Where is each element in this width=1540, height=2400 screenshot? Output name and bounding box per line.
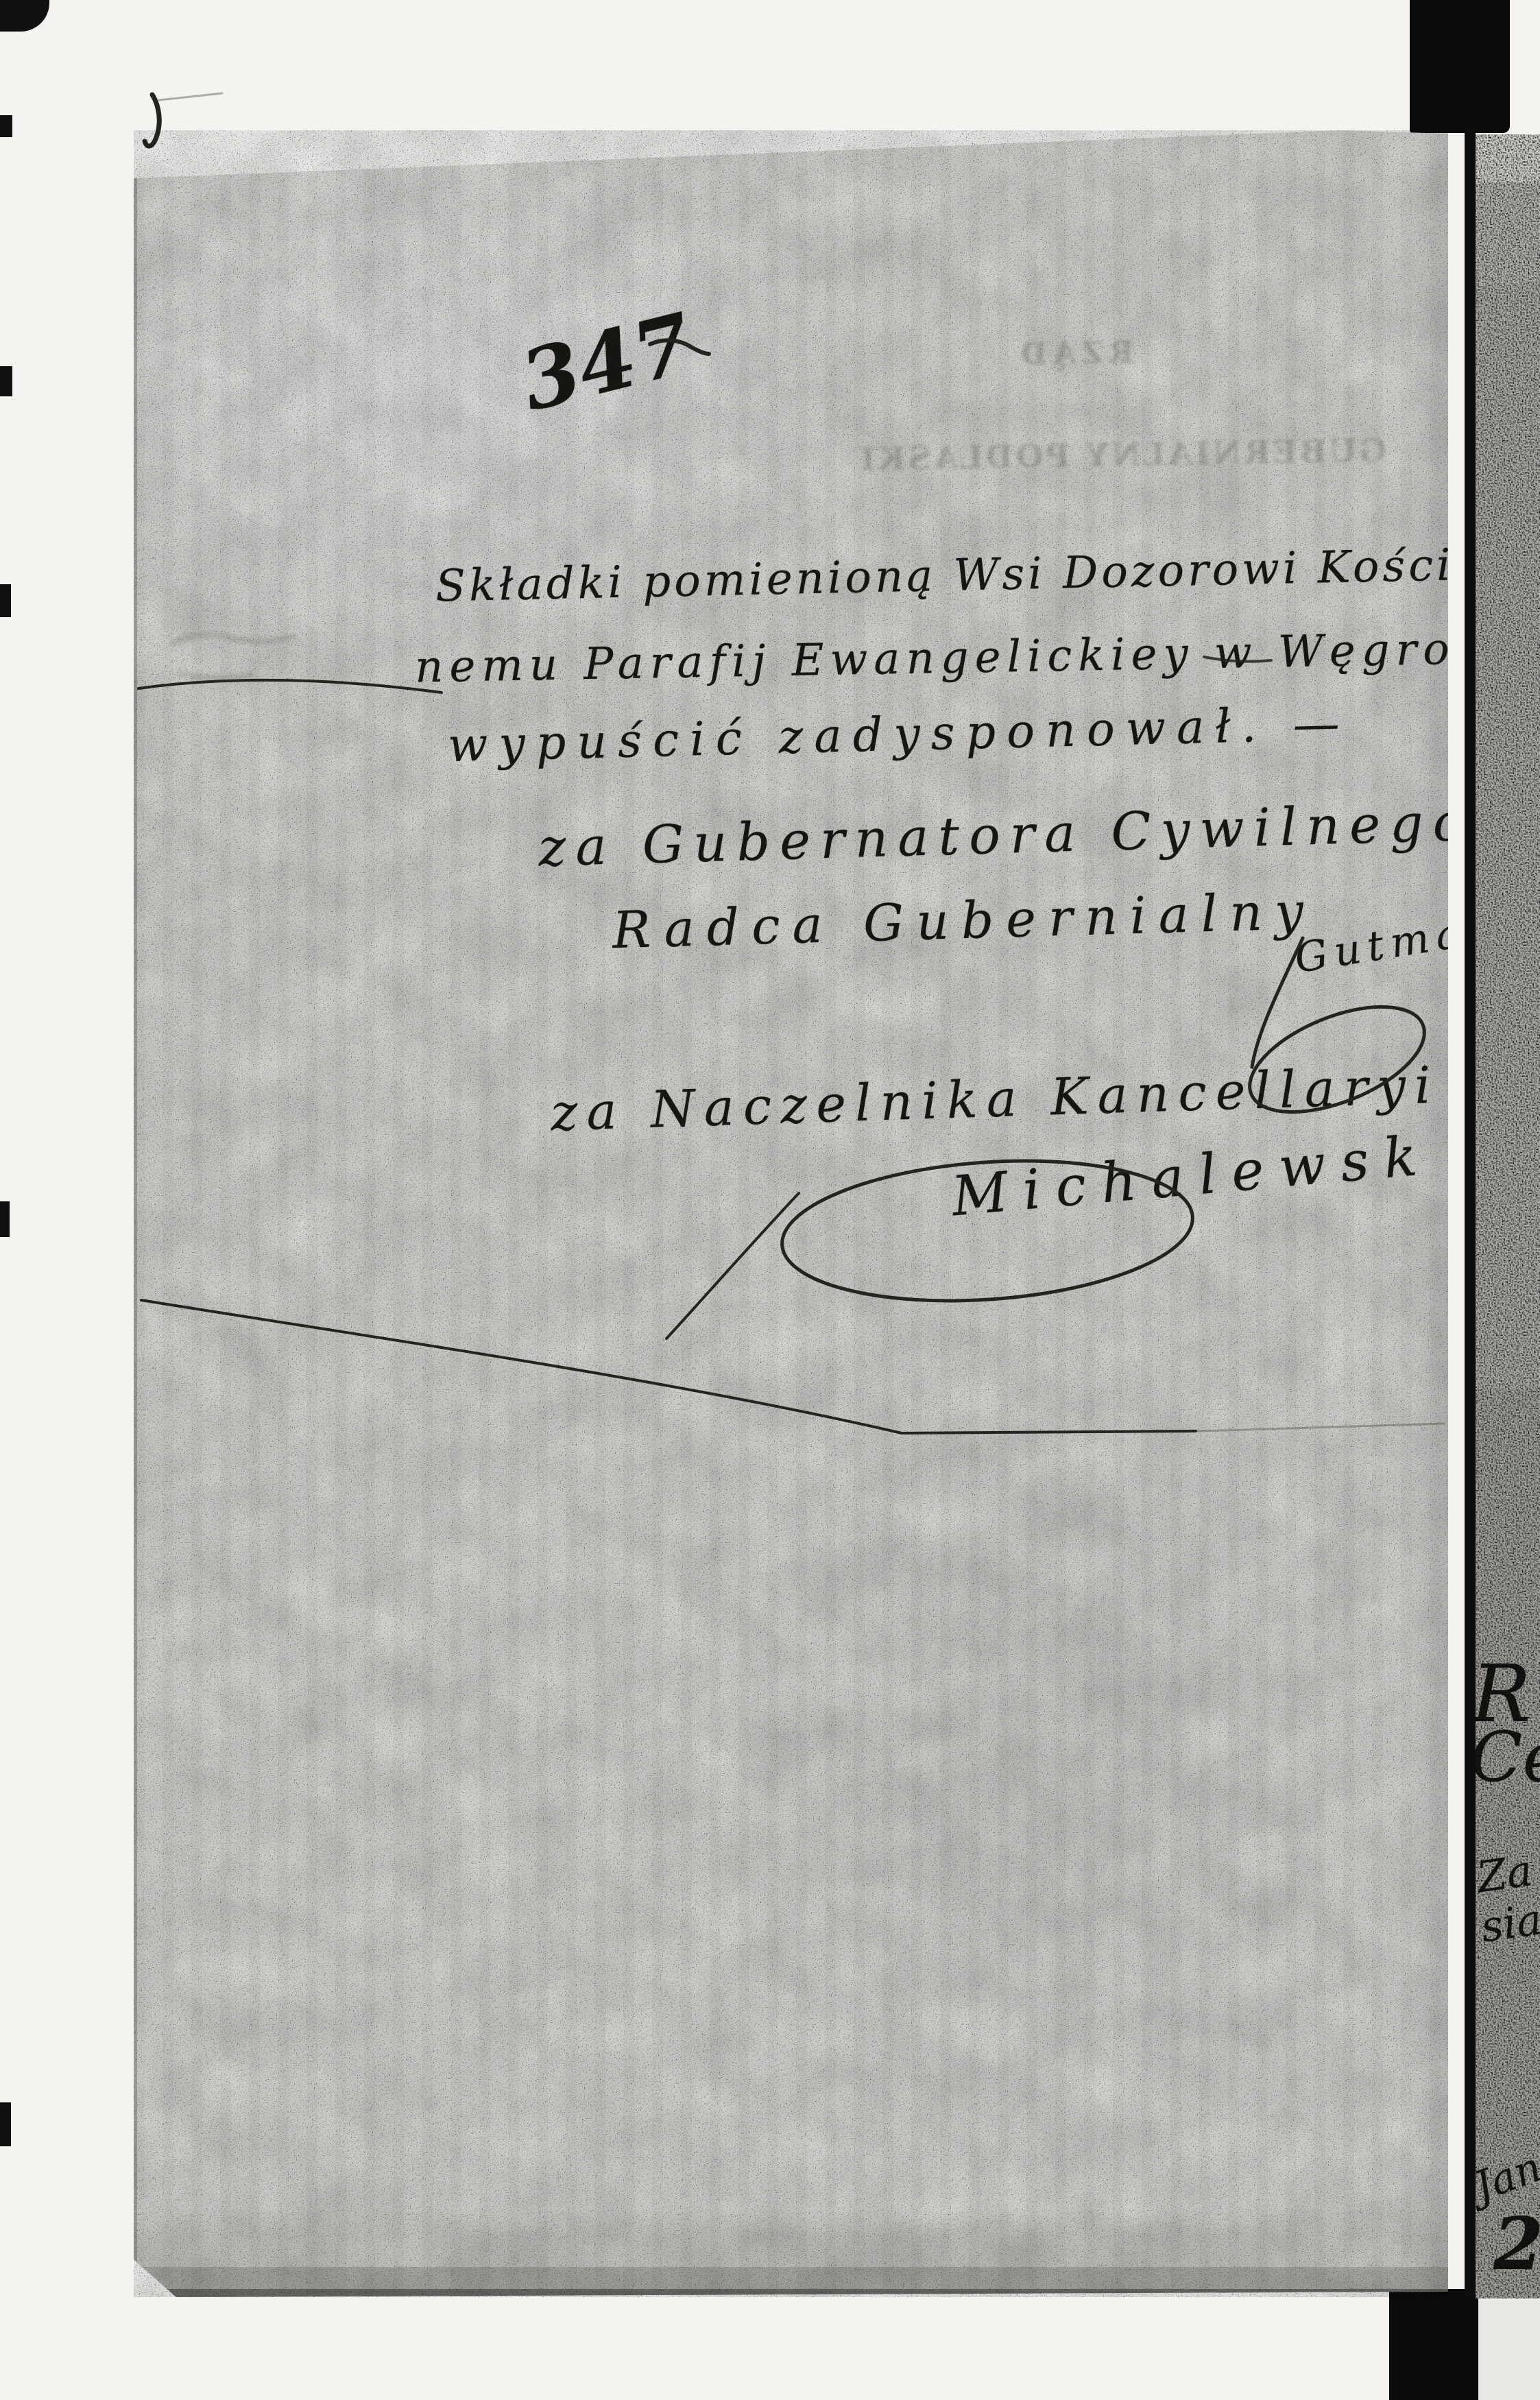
film-mark [0,115,12,137]
closing-councillor-title: Radca Gubernialny [612,882,1316,961]
scan-canvas: 347 RZĄD GUBERNIALNY PODLASKI Składki po… [0,0,1540,2400]
signature-chancellery: Michalewsk [949,1123,1434,1229]
closing-chancellery-line: za Naczelnika Kancellaryi [550,1056,1441,1143]
page-edge [134,130,137,2297]
adjacent-page-fragment: Ce [1476,1717,1540,1797]
body-line-2: nemu Parafij Ewangelickiey w Węgrowie [414,623,1540,693]
folio-number-annotation: 347 [512,295,702,430]
closing-governor-line: za Gubernatora Cywilnego! [538,790,1505,878]
corner-hook-mark [145,95,159,146]
binding-edge [1465,128,1476,2297]
page-bottom-edge [134,2208,1448,2297]
film-mark [0,366,12,396]
scan-backing-corner [1478,2300,1540,2400]
film-mark [0,2102,11,2146]
letterhead-bleedthrough-line2: GUBERNIALNY PODLASKI [858,431,1387,477]
adjacent-page-strip: R Ce Za n sia Jan 2 [1476,134,1540,2299]
adjacent-page-number: 2 [1493,2201,1540,2286]
adjacent-page-fragment: Za n [1476,1840,1540,1903]
film-mark [0,584,11,617]
document-page: 347 RZĄD GUBERNIALNY PODLASKI Składki po… [134,130,1448,2297]
film-mark-corner [0,0,49,32]
adjacent-page-fragment: sia [1478,1894,1540,1952]
body-line-3: wypuścić zadysponował. — [447,697,1351,773]
body-line-1: Składki pomienioną Wsi Dozorowi Kościel- [435,538,1519,612]
film-black-block [1389,2289,1478,2400]
film-mark [0,1201,10,1237]
film-black-bar [1410,0,1510,133]
letterhead-bleedthrough-line1: RZĄD [1015,335,1135,372]
page-shadow [1407,130,1448,2297]
corner-hook-line [159,93,222,100]
